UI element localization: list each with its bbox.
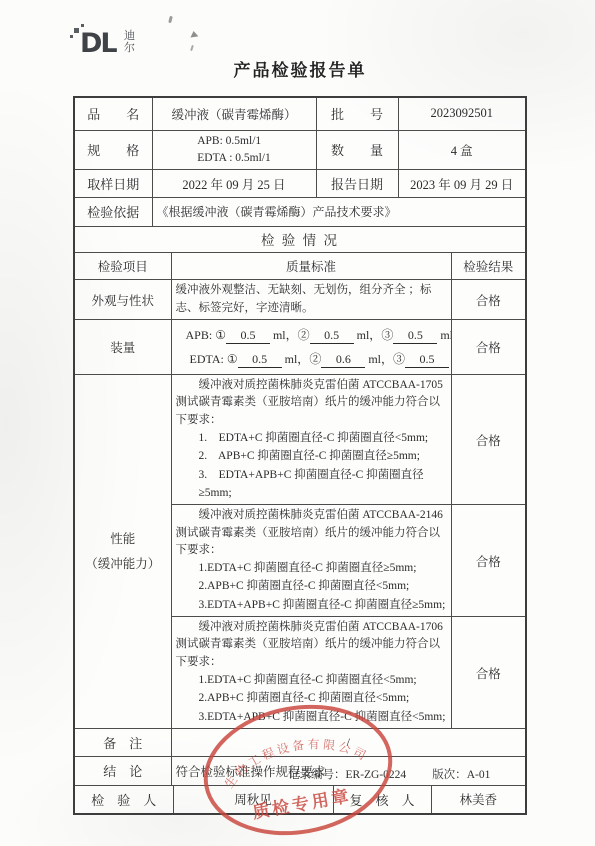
performance-item: 2.APB+C 抑菌圈直径-C 抑菌圈直径<5mm;	[176, 689, 447, 707]
performance-intro-1: 缓冲液对质控菌株肺炎克雷伯菌 ATCCBAA-1705 测试碳青霉素类（亚胺培南…	[176, 377, 447, 429]
performance-item: 3. EDTA+APB+C 抑菌圈直径-C 抑菌圈直径≥5mm;	[176, 466, 447, 503]
volume-edta-2: 0.6	[321, 353, 365, 368]
version-label: 版次：	[432, 769, 467, 781]
inspector-value: 周秋见	[173, 785, 333, 813]
performance-item: 1.EDTA+C 抑菌圈直径-C 抑菌圈直径<5mm;	[176, 671, 447, 689]
volume-apb-prefix: APB:	[186, 328, 216, 342]
performance-intro-2: 缓冲液对质控菌株肺炎克雷伯菌 ATCCBAA-2146 测试碳青霉素类（亚胺培南…	[176, 507, 447, 559]
logo-cjk-bottom: 尔	[124, 42, 135, 54]
volume-apb-3: 0.5	[393, 329, 437, 344]
remark-label: 备 注	[75, 729, 171, 757]
unit: ml，	[354, 328, 382, 342]
volume-edta-line: EDTA: ①0.5 ml，②0.6 ml，③0.5 ml，④0.6 ml；	[176, 347, 447, 371]
sample-date-value: 2022 年 09 月 25 日	[152, 170, 316, 198]
performance-block-2: 缓冲液对质控菌株肺炎克雷伯菌 ATCCBAA-2146 测试碳青霉素类（亚胺培南…	[171, 505, 451, 617]
scanned-report-page: DL 迪 尔 产品检验报告单 品 名 缓冲液（碳青霉烯酶） 批 号 202309…	[0, 0, 595, 846]
performance-item: 1.EDTA+C 抑菌圈直径-C 抑菌圈直径≥5mm;	[176, 559, 447, 577]
logo-pixel-square	[70, 35, 73, 38]
pen-mark	[190, 30, 199, 37]
remark-value: /	[171, 729, 525, 757]
volume-edta-prefix: EDTA:	[190, 352, 227, 366]
basis-value: 《根据缓冲液（碳青霉烯酶）产品技术要求》	[152, 198, 525, 226]
inspection-banner-text: 检 验 情 况	[75, 226, 525, 252]
performance-item: 3.EDTA+APB+C 抑菌圈直径-C 抑菌圈直径≥5mm;	[176, 596, 447, 614]
performance-item: 2.APB+C 抑菌圈直径-C 抑菌圈直径<5mm;	[176, 577, 447, 595]
volume-label: 装量	[75, 320, 171, 375]
performance-item: 2. APB+C 抑菌圈直径-C 抑菌圈直径≥5mm;	[176, 447, 447, 465]
performance-label: 性能 （缓冲能力）	[75, 375, 171, 729]
circled-3: ③	[393, 352, 405, 366]
volume-edta-3: 0.5	[405, 353, 449, 368]
batch-no-value: 2023092501	[398, 98, 525, 130]
spec-label: 规 格	[75, 130, 152, 170]
report-table: 品 名 缓冲液（碳青霉烯酶） 批 号 2023092501 规 格 APB: 0…	[73, 96, 527, 815]
info-section: 品 名 缓冲液（碳青霉烯酶） 批 号 2023092501 规 格 APB: 0…	[75, 98, 525, 226]
logo-cjk-top: 迪	[124, 30, 135, 42]
quantity-value: 4 盒	[398, 130, 525, 170]
batch-no-label: 批 号	[316, 98, 398, 130]
col-header-item: 检验项目	[75, 253, 171, 280]
report-date-value: 2023 年 09 月 29 日	[398, 170, 525, 198]
performance-item: 3.EDTA+APB+C 抑菌圈直径-C 抑菌圈直径<5mm;	[176, 708, 447, 726]
performance-block-1: 缓冲液对质控菌株肺炎克雷伯菌 ATCCBAA-1705 测试碳青霉素类（亚胺培南…	[171, 375, 451, 505]
page-title: 产品检验报告单	[75, 56, 525, 81]
inspection-banner: 检 验 情 况	[75, 226, 525, 253]
conclusion-label: 结 论	[75, 757, 171, 785]
volume-apb-1: 0.5	[226, 329, 270, 344]
circled-3: ③	[381, 328, 393, 342]
logo-pixel-square	[74, 28, 79, 33]
col-header-standard: 质量标准	[171, 253, 451, 280]
col-header-result: 检验结果	[451, 253, 525, 280]
unit: ml，	[365, 352, 393, 366]
volume-apb-2: 0.5	[310, 329, 354, 344]
performance-intro-3: 缓冲液对质控菌株肺炎克雷伯菌 ATCCBAA-1706 测试碳青霉素类（亚胺培南…	[176, 619, 447, 671]
performance-result-1: 合格	[451, 375, 525, 505]
sample-date-label: 取样日期	[75, 170, 152, 198]
version-value: A-01	[467, 769, 491, 781]
logo-text-latin: DL	[80, 28, 116, 59]
unit: ml，	[270, 328, 298, 342]
product-name-label: 品 名	[75, 98, 152, 130]
pen-mark	[190, 45, 194, 51]
spec-line-apb: APB: 0.5ml/1	[197, 133, 271, 150]
signature-section: 检 验 人 周秋见 复 核 人 林美香	[75, 785, 525, 814]
logo-text-cjk: 迪 尔	[124, 30, 135, 54]
volume-apb-line: APB: ①0.5 ml，②0.5 ml，③0.5 ml，④0.5 ml；	[176, 323, 447, 347]
record-no-value: ER-ZG-0224	[346, 769, 407, 781]
reviewer-value: 林美香	[431, 785, 525, 813]
inspection-section: 检验项目 质量标准 检验结果 外观与性状 缓冲液外观整洁、无缺刻、无划伤，组分齐…	[75, 252, 525, 785]
volume-standard: APB: ①0.5 ml，②0.5 ml，③0.5 ml，④0.5 ml； ED…	[171, 320, 451, 375]
circled-2: ②	[309, 352, 321, 366]
unit: ml，	[437, 328, 451, 342]
product-name-value: 缓冲液（碳青霉烯酶）	[152, 98, 316, 130]
performance-block-3: 缓冲液对质控菌株肺炎克雷伯菌 ATCCBAA-1706 测试碳青霉素类（亚胺培南…	[171, 617, 451, 729]
basis-label: 检验依据	[75, 198, 152, 226]
appearance-label: 外观与性状	[75, 280, 171, 320]
spec-value: APB: 0.5ml/1 EDTA : 0.5ml/1	[152, 130, 316, 170]
reviewer-label: 复 核 人	[333, 785, 431, 813]
report-date-label: 报告日期	[316, 170, 398, 198]
logo-pixel-square	[81, 24, 84, 27]
appearance-result: 合格	[451, 280, 525, 320]
performance-label-line1: 性能	[79, 527, 167, 552]
circled-1: ①	[215, 328, 226, 342]
circled-2: ②	[298, 328, 310, 342]
volume-edta-1: 0.5	[238, 353, 282, 368]
volume-result: 合格	[451, 320, 525, 375]
unit: ml，	[282, 352, 310, 366]
performance-label-line2: （缓冲能力）	[79, 552, 167, 577]
performance-item: 1. EDTA+C 抑菌圈直径-C 抑菌圈直径<5mm;	[176, 429, 447, 447]
quantity-label: 数 量	[316, 130, 398, 170]
footer-record-line: 记录编号：ER-ZG-0224版次：A-01	[288, 766, 490, 782]
inspector-label: 检 验 人	[75, 785, 173, 813]
record-no-label: 记录编号：	[288, 769, 346, 781]
pen-mark	[168, 16, 173, 24]
performance-result-3: 合格	[451, 617, 525, 729]
spec-line-edta: EDTA : 0.5ml/1	[197, 150, 271, 167]
appearance-standard: 缓冲液外观整洁、无缺刻、无划伤，组分齐全 ；标志、标签完好，字迹清晰。	[171, 280, 451, 320]
performance-result-2: 合格	[451, 505, 525, 617]
circled-1: ①	[227, 352, 238, 366]
